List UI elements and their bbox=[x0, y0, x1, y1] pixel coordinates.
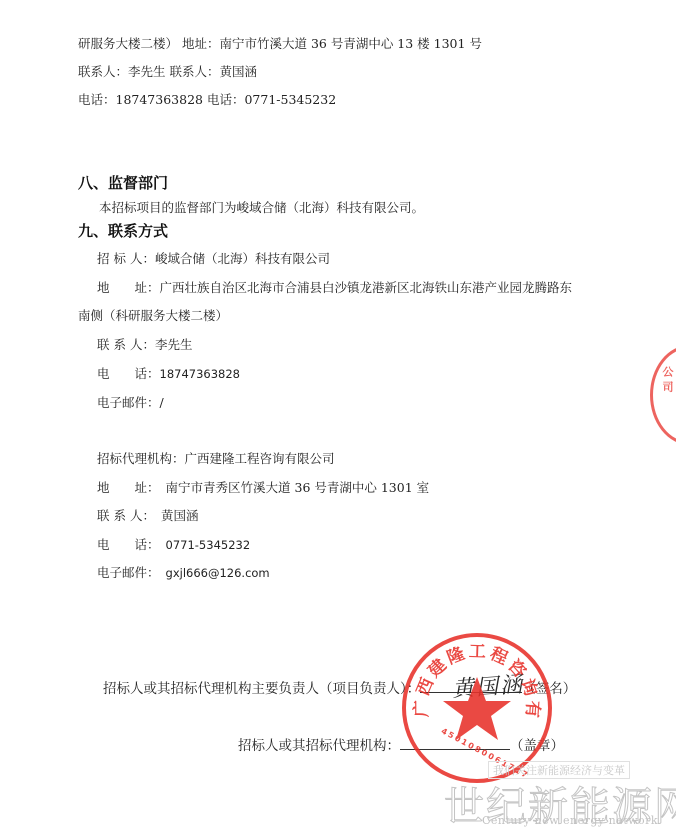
organization-label: 招标人或其招标代理机构： bbox=[238, 738, 400, 754]
responsible-person-label: 招标人或其招标代理机构主要负责人（项目负责人）： bbox=[103, 681, 420, 697]
edge-seal-fragment: 公 司 bbox=[650, 345, 676, 445]
agency-phone-label: 电 话： bbox=[97, 537, 160, 553]
tenderer-address-value: 广西壮族自治区北海市合浦县白沙镇龙港新区北海铁山东港产业园龙腾路东 bbox=[160, 280, 573, 295]
tenderer-name-value: 峻域合储（北海）科技有限公司 bbox=[155, 251, 330, 266]
tenderer-email-label: 电子邮件： bbox=[97, 395, 160, 411]
previous-phone-line: 电话：18747363828 电话：0771-5345232 bbox=[78, 92, 336, 108]
tenderer-address-cont: 南侧（科研服务大楼二楼） bbox=[78, 308, 228, 324]
agency-name-value: 广西建隆工程咨询有限公司 bbox=[185, 451, 335, 466]
previous-contact-line: 联系人：李先生 联系人：黄国涵 bbox=[78, 64, 257, 80]
agency-email-label: 电子邮件： bbox=[97, 565, 160, 581]
tenderer-address-row: 地 址：广西壮族自治区北海市合浦县白沙镇龙港新区北海铁山东港产业园龙腾路东 bbox=[97, 280, 572, 296]
tenderer-phone-label: 电 话： bbox=[97, 366, 160, 382]
tenderer-contact-value: 李先生 bbox=[155, 337, 193, 352]
section-heading-contact: 九、联系方式 bbox=[78, 222, 168, 240]
tenderer-contact-row: 联 系 人：李先生 bbox=[97, 337, 192, 353]
tenderer-phone-value: 18747363828 bbox=[160, 367, 240, 381]
agency-address-row: 地 址：南宁市青秀区竹溪大道 36 号青湖中心 1301 室 bbox=[97, 480, 429, 496]
agency-contact-label: 联 系 人： bbox=[97, 508, 155, 524]
agency-address-label: 地 址： bbox=[97, 480, 160, 496]
tenderer-name-row: 招 标 人：峻域合储（北海）科技有限公司 bbox=[97, 251, 330, 267]
agency-name-row: 招标代理机构：广西建隆工程咨询有限公司 bbox=[97, 451, 335, 467]
previous-address-line: 研服务大楼二楼） 地址：南宁市竹溪大道 36 号青湖中心 13 楼 1301 号 bbox=[78, 36, 482, 52]
agency-email-row: 电子邮件：gxjl666@126.com bbox=[97, 565, 270, 581]
agency-contact-value: 黄国涵 bbox=[161, 508, 199, 523]
supervision-body: 本招标项目的监督部门为峻域合储（北海）科技有限公司。 bbox=[99, 200, 424, 216]
agency-contact-row: 联 系 人：黄国涵 bbox=[97, 508, 198, 524]
watermark-site-name-en: Century new energy network bbox=[482, 814, 658, 827]
seal-star-icon: 广西建隆工程咨询有限公司 bbox=[406, 637, 548, 779]
section-heading-supervision: 八、监督部门 bbox=[78, 174, 168, 192]
edge-seal-text: 公 司 bbox=[659, 366, 675, 392]
agency-phone-value: 0771-5345232 bbox=[166, 538, 251, 552]
agency-phone-row: 电 话：0771-5345232 bbox=[97, 537, 250, 553]
agency-name-label: 招标代理机构： bbox=[97, 451, 185, 467]
tenderer-phone-row: 电 话：18747363828 bbox=[97, 366, 240, 382]
tenderer-contact-label: 联 系 人： bbox=[97, 337, 155, 353]
tenderer-address-label: 地 址： bbox=[97, 280, 160, 296]
agency-address-value: 南宁市青秀区竹溪大道 36 号青湖中心 1301 室 bbox=[166, 480, 430, 495]
tenderer-name-label: 招 标 人： bbox=[97, 251, 155, 267]
agency-email-value: gxjl666@126.com bbox=[166, 566, 270, 580]
tenderer-email-value: / bbox=[160, 395, 164, 410]
tenderer-email-row: 电子邮件：/ bbox=[97, 395, 164, 411]
